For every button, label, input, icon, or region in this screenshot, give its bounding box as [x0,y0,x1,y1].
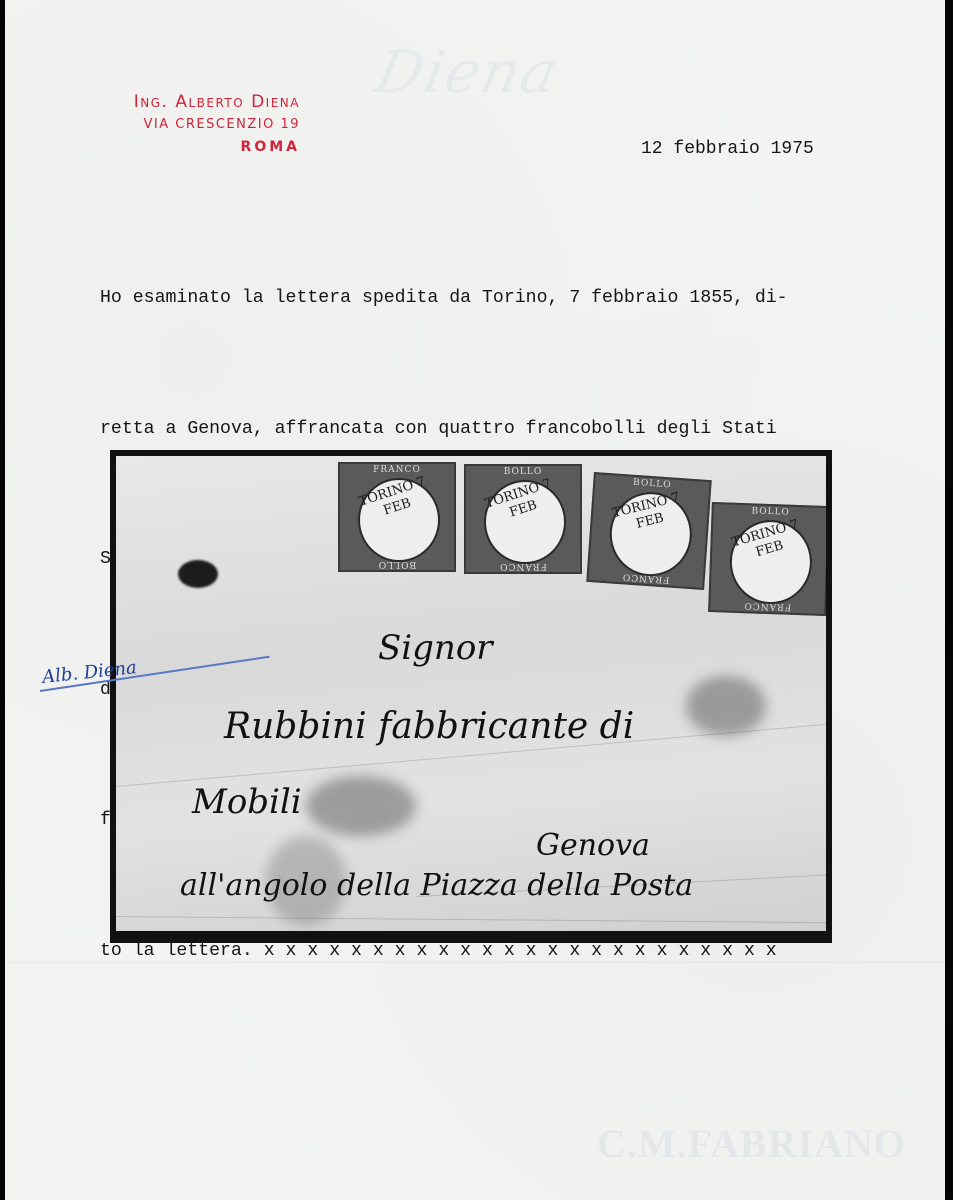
cover-photo-image: FRANCO TORINO 7 FEB BOLLO BOLLO TORINO 7… [116,456,826,931]
body-line: retta a Genova, affrancata con quattro f… [100,408,840,452]
watermark-fabriano: C.M.FABRIANO [597,1120,906,1167]
ink-blot [178,560,218,588]
stamp-frame-text: BOLLO [466,467,580,477]
stamp-frame-text: FRANCO [466,561,580,571]
address-salutation: Signor [378,628,493,668]
letterhead-name: Ing. Alberto Diena [0,90,300,114]
address-city: Genova [536,828,650,863]
stamp-2: BOLLO TORINO 7 FEB FRANCO [464,464,582,574]
body-line: Ho esaminato la lettera spedita da Torin… [100,277,840,321]
stamp-frame-text: BOLLO [340,559,454,569]
letterhead-street: VIA CRESCENZIO 19 [0,114,300,136]
letterhead-city: ROMA [0,136,300,158]
ink-stain [306,776,416,836]
stamp-frame-text: FRANCO [710,599,824,613]
certificate-date: 12 febbraio 1975 [641,139,814,159]
stamp-1: FRANCO TORINO 7 FEB BOLLO [338,462,456,572]
stamp-frame-text: FRANCO [340,465,454,475]
cover-photo: FRANCO TORINO 7 FEB BOLLO BOLLO TORINO 7… [110,450,832,943]
address-street: all'angolo della Piazza della Posta [180,868,693,903]
address-trade: Mobili [192,782,302,822]
ink-stain [686,676,766,736]
stamp-3: BOLLO TORINO 7 FEB FRANCO [586,472,711,590]
letterhead: Ing. Alberto Diena VIA CRESCENZIO 19 ROM… [0,90,300,158]
address-name: Rubbini fabbricante di [224,706,634,747]
stamp-frame-text: BOLLO [714,505,826,519]
crease-line [116,916,826,923]
stamp-4: BOLLO TORINO 7 FEB FRANCO [708,502,826,616]
watermark-diena: Diena [370,38,566,106]
stamp-frame-text: BOLLO [595,475,709,493]
